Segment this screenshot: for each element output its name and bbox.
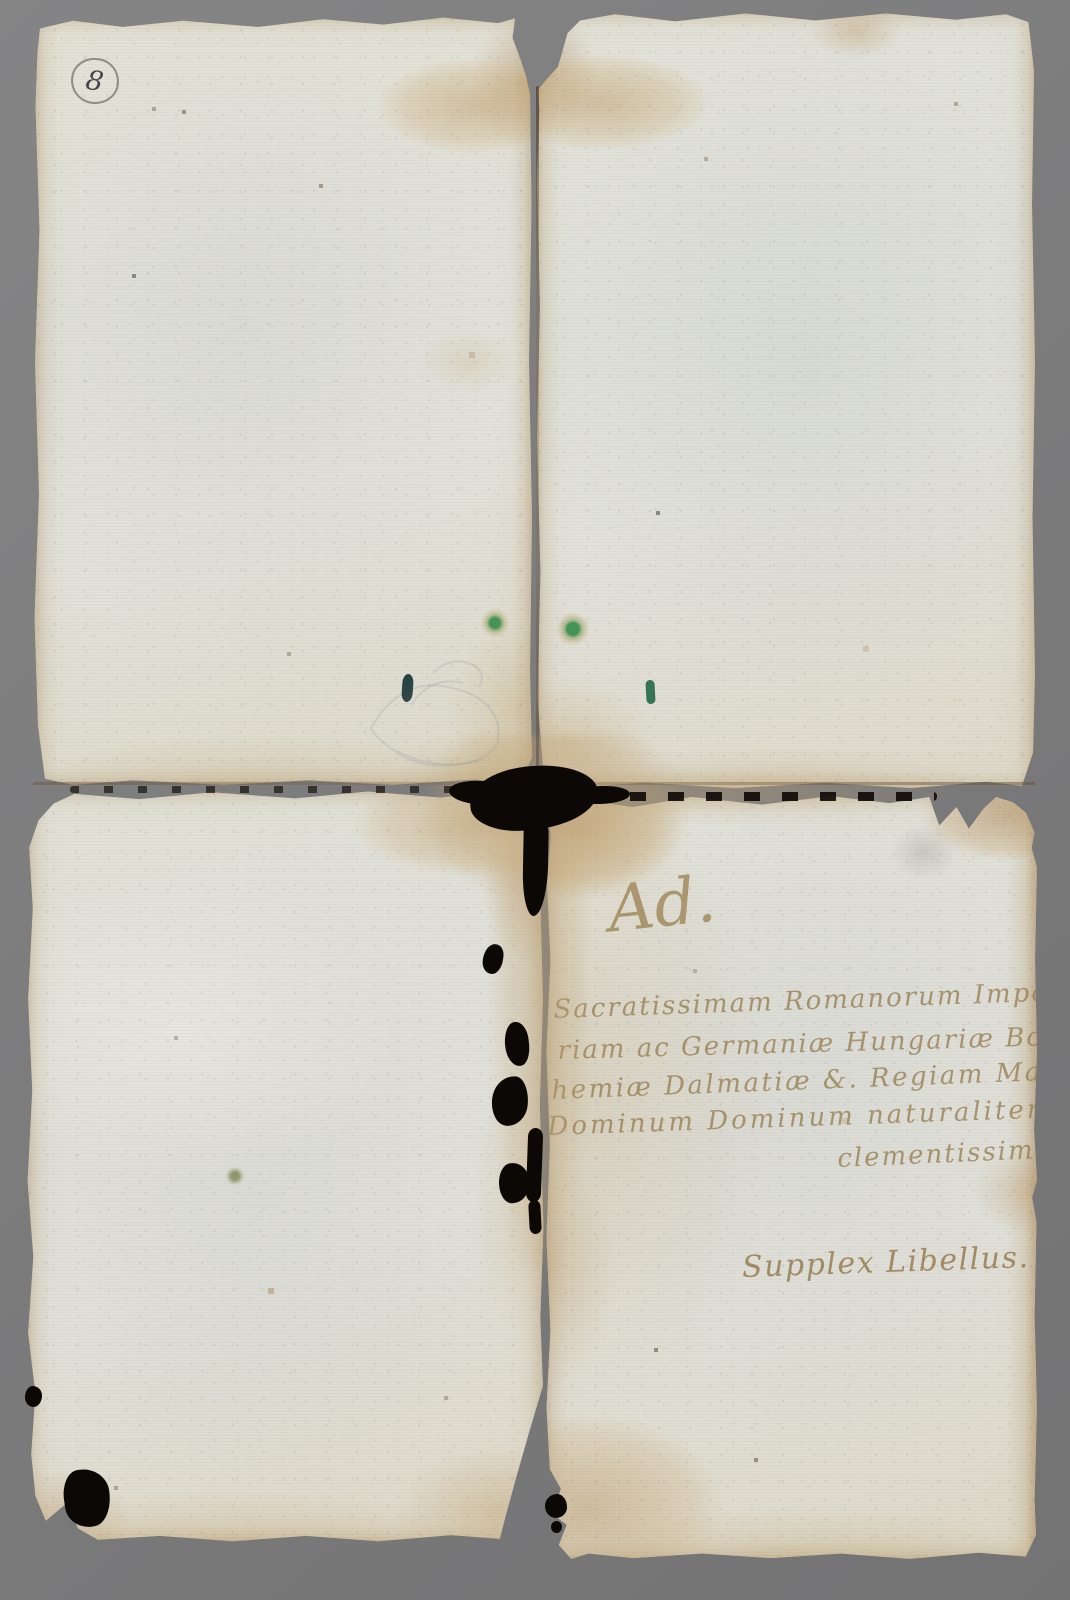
damage-hole <box>526 1128 544 1202</box>
page-number: 8 <box>84 64 106 98</box>
vertical-fold-crease <box>536 86 539 770</box>
manuscript-scan: 8 Ad. Sacratissimam Romanorum Imperato r… <box>0 0 1070 1600</box>
inscription-heading: Ad. <box>604 863 719 948</box>
inscription-line-5: clementissimum <box>837 1133 1038 1174</box>
damage-hole <box>528 1200 542 1235</box>
green-fox-spot <box>226 1168 244 1184</box>
damage-hole <box>545 1494 567 1518</box>
fox-spots <box>25 787 27 789</box>
seam-damage-dashes-right <box>592 792 937 801</box>
inscription-line-1: Sacratissimam Romanorum Imperato <box>553 976 1038 1025</box>
seam-damage-dashes-left <box>70 786 470 793</box>
watermark-sketch <box>353 613 543 788</box>
green-pigment-dot <box>480 608 510 638</box>
green-pigment-dot <box>556 612 590 646</box>
fox-spots <box>535 8 537 10</box>
damage-hole <box>551 1521 562 1533</box>
sheet-bottom-left <box>25 787 545 1545</box>
inscription-block: Ad. Sacratissimam Romanorum Imperato ria… <box>544 790 1038 1562</box>
sheet-top-right <box>535 8 1036 792</box>
green-pigment-dash <box>645 680 655 704</box>
damage-hole-center-right <box>572 785 631 805</box>
docket-title: Supplex Libellus. <box>741 1240 1030 1285</box>
sheet-bottom-right: Ad. Sacratissimam Romanorum Imperato ria… <box>544 790 1038 1562</box>
fox-spots <box>33 13 35 15</box>
sheet-top-left: 8 <box>33 13 533 788</box>
damage-hole-center-tail <box>522 820 549 916</box>
page-number-circle: 8 <box>69 56 122 107</box>
